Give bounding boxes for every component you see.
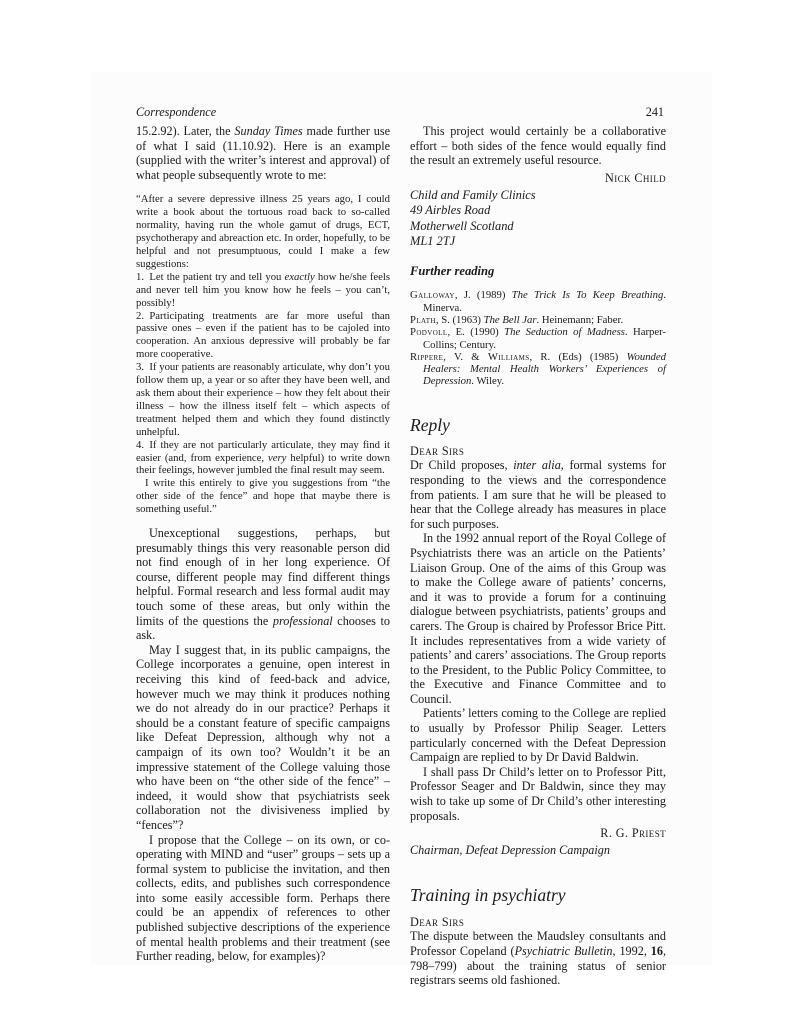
quote-item-1: 1. Let the patient try and tell you exac… — [136, 271, 390, 310]
reference: Galloway, J. (1989) The Trick Is To Keep… — [410, 289, 666, 314]
reply-paragraph: In the 1992 annual report of the Royal C… — [410, 531, 666, 706]
paragraph: Unexceptional suggestions, perhaps, but … — [136, 526, 390, 643]
signature-name: Nick Child — [605, 171, 666, 185]
journal-page: Correspondence 241 15.2.92). Later, the … — [90, 72, 712, 965]
reply-paragraph: Patients’ letters coming to the College … — [410, 706, 666, 764]
reply-heading: Reply — [410, 415, 666, 435]
quote-item-2: 2. Participating treatments are far more… — [136, 310, 390, 362]
paragraph: May I suggest that, in its public campai… — [136, 643, 390, 833]
salutation: Dear Sirs — [410, 444, 666, 459]
signature-rg-priest: R. G. Priest — [410, 826, 666, 840]
quote-item-3: 3. If your patients are reasonably artic… — [136, 361, 390, 438]
right-column: This project would certainly be a collab… — [410, 124, 666, 988]
closing-paragraph: This project would certainly be a collab… — [410, 124, 666, 168]
reference: Podvoll, E. (1990) The Seduction of Madn… — [410, 326, 666, 351]
page-number: 241 — [646, 105, 664, 120]
running-header-title: Correspondence — [136, 105, 216, 120]
paragraph: I propose that the College – on its own,… — [136, 833, 390, 964]
address-line: Motherwell Scotland — [410, 219, 666, 234]
further-reading-heading: Further reading — [410, 264, 666, 279]
address-line: Child and Family Clinics — [410, 188, 666, 203]
quote-item-4: 4. If they are not particularly articula… — [136, 439, 390, 478]
letter-blockquote: “After a severe depressive illness 25 ye… — [136, 193, 390, 516]
salutation: Dear Sirs — [410, 915, 666, 930]
reference-list: Galloway, J. (1989) The Trick Is To Keep… — [410, 289, 666, 387]
quote-closing: I write this entirely to give you sugges… — [136, 477, 390, 516]
address-line: ML1 2TJ — [410, 234, 666, 249]
reference: Rippere, V. & Williams, R. (Eds) (1985) … — [410, 351, 666, 388]
intro-paragraph: 15.2.92). Later, the Sunday Times made f… — [136, 124, 390, 182]
address-line: 49 Airbles Road — [410, 203, 666, 218]
reply-paragraph: Dr Child proposes, inter alia, formal sy… — [410, 458, 666, 531]
signature-nick-child: Nick Child — [410, 171, 666, 185]
address-block: Child and Family Clinics 49 Airbles Road… — [410, 188, 666, 250]
signoff-role: Chairman, Defeat Depression Campaign — [410, 843, 666, 858]
reference: Plath, S. (1963) The Bell Jar. Heinemann… — [410, 314, 666, 326]
training-heading: Training in psychiatry — [410, 885, 666, 905]
quote-paragraph: “After a severe depressive illness 25 ye… — [136, 193, 390, 270]
training-paragraph: The dispute between the Maudsley consult… — [410, 929, 666, 987]
reply-paragraph: I shall pass Dr Child’s letter on to Pro… — [410, 765, 666, 823]
running-header: Correspondence 241 — [136, 105, 664, 120]
signature-name: R. G. Priest — [600, 826, 666, 840]
left-column: 15.2.92). Later, the Sunday Times made f… — [136, 124, 390, 964]
